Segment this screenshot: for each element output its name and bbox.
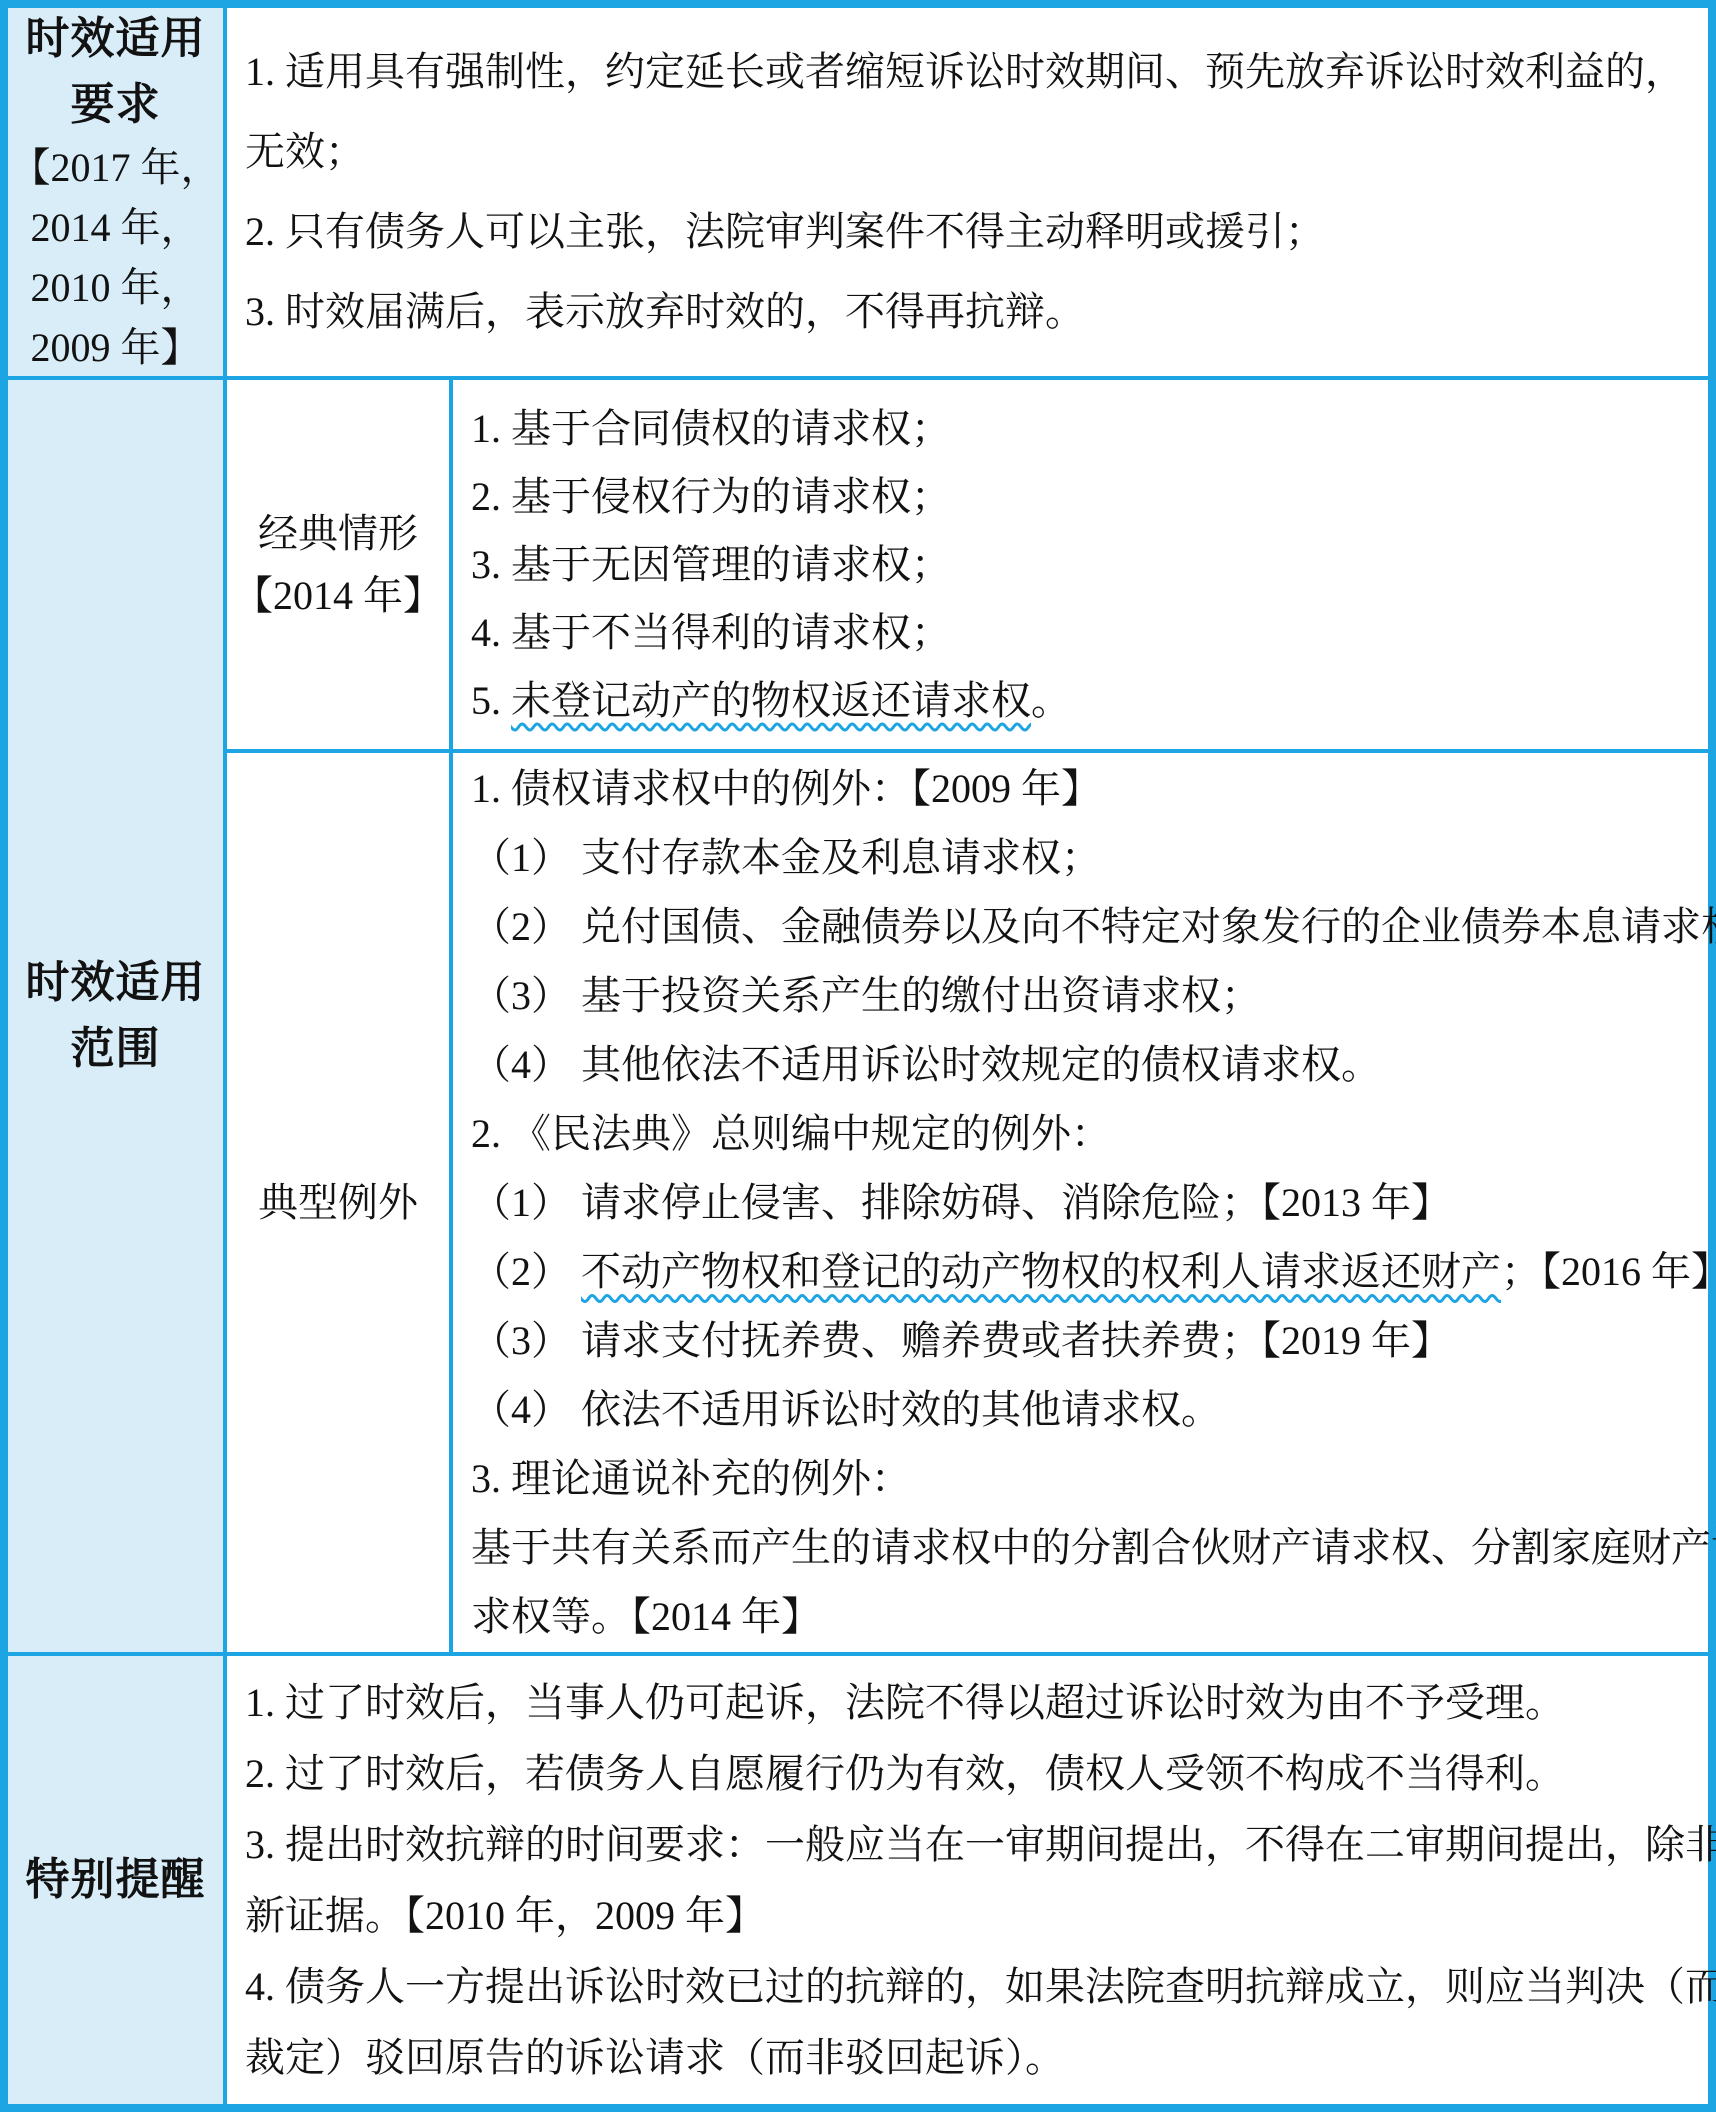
- text-line: 3. 时效届满后，表示放弃时效的，不得再抗辩。: [245, 272, 1700, 352]
- text-line: （1） 支付存款本金及利息请求权；: [471, 823, 1716, 892]
- wavy-underline-text: 不动产物权和登记的动产物权的权利人请求返还财产: [581, 1249, 1501, 1294]
- text-line: 2. 基于侵权行为的请求权；: [471, 463, 1716, 531]
- row1-content-cell: 1. 适用具有强制性，约定延长或者缩短诉讼时效期间、预先放弃诉讼时效利益的， 无…: [227, 8, 1708, 376]
- text-line: 4. 债务人一方提出诉讼时效已过的抗辩的，如果法院查明抗辩成立，则应当判决（而非: [245, 1951, 1716, 2022]
- row-special-reminders: 特别提醒 1. 过了时效后，当事人仍可起诉，法院不得以超过诉讼时效为由不予受理。…: [8, 1656, 1708, 2104]
- text-line: 1. 基于合同债权的请求权；: [471, 395, 1716, 463]
- text-line: 求权等。【2014 年】: [471, 1582, 1716, 1651]
- classic-cases-header-cell: 经典情形 【2014 年】: [227, 380, 453, 749]
- row2-header-cell: 时效适用 范围: [8, 380, 227, 1652]
- row1-header-title-line: 要求: [71, 72, 161, 138]
- text-line: （4） 依法不适用诉讼时效的其他请求权。: [471, 1375, 1716, 1444]
- limitation-notes-table: 时效适用 要求 【2017 年， 2014 年， 2010 年， 2009 年】…: [0, 0, 1716, 2112]
- row3-header-cell: 特别提醒: [8, 1656, 227, 2104]
- row1-header-year-line: 2009 年】: [31, 318, 201, 378]
- subrow-typical-exceptions: 典型例外 1. 债权请求权中的例外：【2009 年】 （1） 支付存款本金及利息…: [227, 753, 1716, 1652]
- text-line: 2. 过了时效后，若债务人自愿履行仍为有效，债权人受领不构成不当得利。: [245, 1738, 1716, 1809]
- text-line: 1. 债权请求权中的例外：【2009 年】: [471, 754, 1716, 823]
- text-line: 4. 基于不当得利的请求权；: [471, 599, 1716, 667]
- text-line: （3） 请求支付抚养费、赡养费或者扶养费；【2019 年】: [471, 1306, 1716, 1375]
- text-segment: 5.: [471, 678, 511, 723]
- row2-header-title-line: 范围: [71, 1016, 161, 1082]
- text-segment: ；【2016 年】: [1501, 1249, 1716, 1294]
- classic-cases-header-line: 经典情形: [258, 503, 418, 565]
- row1-header-year-line: 2010 年，: [31, 258, 201, 318]
- text-line: 2. 只有债务人可以主张，法院审判案件不得主动释明或援引；: [245, 192, 1700, 272]
- text-line: （4） 其他依法不适用诉讼时效规定的债权请求权。: [471, 1030, 1716, 1099]
- row1-header-cell: 时效适用 要求 【2017 年， 2014 年， 2010 年， 2009 年】: [8, 8, 227, 376]
- text-line: 裁定）驳回原告的诉讼请求（而非驳回起诉）。: [245, 2022, 1716, 2093]
- classic-cases-content-cell: 1. 基于合同债权的请求权； 2. 基于侵权行为的请求权； 3. 基于无因管理的…: [453, 380, 1716, 749]
- wavy-underline-text: 未登记动产的物权返还请求权: [511, 678, 1031, 723]
- text-line: 无效；: [245, 112, 1700, 192]
- text-line: 基于共有关系而产生的请求权中的分割合伙财产请求权、分割家庭财产请: [471, 1513, 1716, 1582]
- text-line: 新证据。【2010 年，2009 年】: [245, 1880, 1716, 1951]
- text-line-wavy: （2） 不动产物权和登记的动产物权的权利人请求返还财产；【2016 年】: [471, 1237, 1716, 1306]
- text-line: （2） 兑付国债、金融债券以及向不特定对象发行的企业债券本息请求权；: [471, 892, 1716, 961]
- row1-header-year-line: 【2017 年，: [11, 138, 221, 198]
- typical-exceptions-content-cell: 1. 债权请求权中的例外：【2009 年】 （1） 支付存款本金及利息请求权； …: [453, 753, 1716, 1652]
- text-line: （1） 请求停止侵害、排除妨碍、消除危险；【2013 年】: [471, 1168, 1716, 1237]
- row-application-scope: 时效适用 范围 经典情形 【2014 年】 1. 基于合同债权的请求权； 2. …: [8, 380, 1708, 1656]
- text-segment: 。: [1031, 678, 1071, 723]
- row3-header-title-line: 特别提醒: [26, 1847, 206, 1913]
- text-segment: （2）: [471, 1249, 581, 1294]
- text-line: 3. 基于无因管理的请求权；: [471, 531, 1716, 599]
- row1-header-title-line: 时效适用: [26, 6, 206, 72]
- text-line: 1. 过了时效后，当事人仍可起诉，法院不得以超过诉讼时效为由不予受理。: [245, 1667, 1716, 1738]
- text-line: 2. 《民法典》总则编中规定的例外：: [471, 1099, 1716, 1168]
- row-application-requirements: 时效适用 要求 【2017 年， 2014 年， 2010 年， 2009 年】…: [8, 8, 1708, 380]
- row2-subrows: 经典情形 【2014 年】 1. 基于合同债权的请求权； 2. 基于侵权行为的请…: [227, 380, 1716, 1652]
- typical-exceptions-header-line: 典型例外: [258, 1172, 418, 1234]
- text-line: 1. 适用具有强制性，约定延长或者缩短诉讼时效期间、预先放弃诉讼时效利益的，: [245, 32, 1700, 112]
- text-line: （3） 基于投资关系产生的缴付出资请求权；: [471, 961, 1716, 1030]
- typical-exceptions-header-cell: 典型例外: [227, 753, 453, 1652]
- row3-content-cell: 1. 过了时效后，当事人仍可起诉，法院不得以超过诉讼时效为由不予受理。 2. 过…: [227, 1656, 1716, 2104]
- row2-header-title-line: 时效适用: [26, 950, 206, 1016]
- text-line-wavy: 5. 未登记动产的物权返还请求权。: [471, 667, 1716, 735]
- text-line: 3. 提出时效抗辩的时间要求：一般应当在一审期间提出，不得在二审期间提出，除非有: [245, 1809, 1716, 1880]
- row1-header-year-line: 2014 年，: [31, 198, 201, 258]
- text-line: 3. 理论通说补充的例外：: [471, 1444, 1716, 1513]
- subrow-classic-cases: 经典情形 【2014 年】 1. 基于合同债权的请求权； 2. 基于侵权行为的请…: [227, 380, 1716, 753]
- classic-cases-header-line: 【2014 年】: [233, 565, 443, 627]
